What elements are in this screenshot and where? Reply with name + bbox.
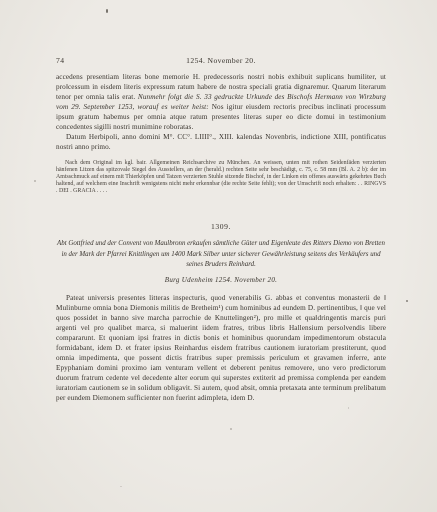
source-footnote-text: Nach dem Original im kgl. bair. Allgemei… <box>56 160 386 195</box>
scanned-book-page: 74 1254. November 20. accedens presentia… <box>0 0 437 512</box>
entry-continuation: accedens presentiam literas bone memorie… <box>56 72 386 152</box>
entry-body-text: Pateat universis presentes litteras insp… <box>56 293 386 403</box>
text-block: 74 1254. November 20. accedens presentia… <box>56 56 386 403</box>
entry-number-heading: 1309. <box>56 222 386 231</box>
scan-speck <box>406 300 408 302</box>
datum-line: Datum Herbipoli, anno domini M°. CC°. LI… <box>56 132 386 152</box>
scan-speck <box>106 9 108 13</box>
running-header-date: 1254. November 20. <box>56 56 386 65</box>
entry-summary: Abt Gottfried und der Convent von Maulbr… <box>56 239 386 271</box>
scan-speck <box>120 486 122 487</box>
scan-speck <box>348 407 349 409</box>
scan-speck <box>34 180 36 182</box>
page-number: 74 <box>56 56 65 65</box>
scan-speck <box>230 428 232 430</box>
source-footnote: Nach dem Original im kgl. bair. Allgemei… <box>56 160 386 195</box>
running-header: 74 1254. November 20. <box>56 56 386 65</box>
entry-dateline: Burg Udenheim 1254. November 20. <box>56 276 386 284</box>
continuation-paragraph: accedens presentiam literas bone memorie… <box>56 72 386 132</box>
entry-body: Pateat universis presentes litteras insp… <box>56 293 386 403</box>
